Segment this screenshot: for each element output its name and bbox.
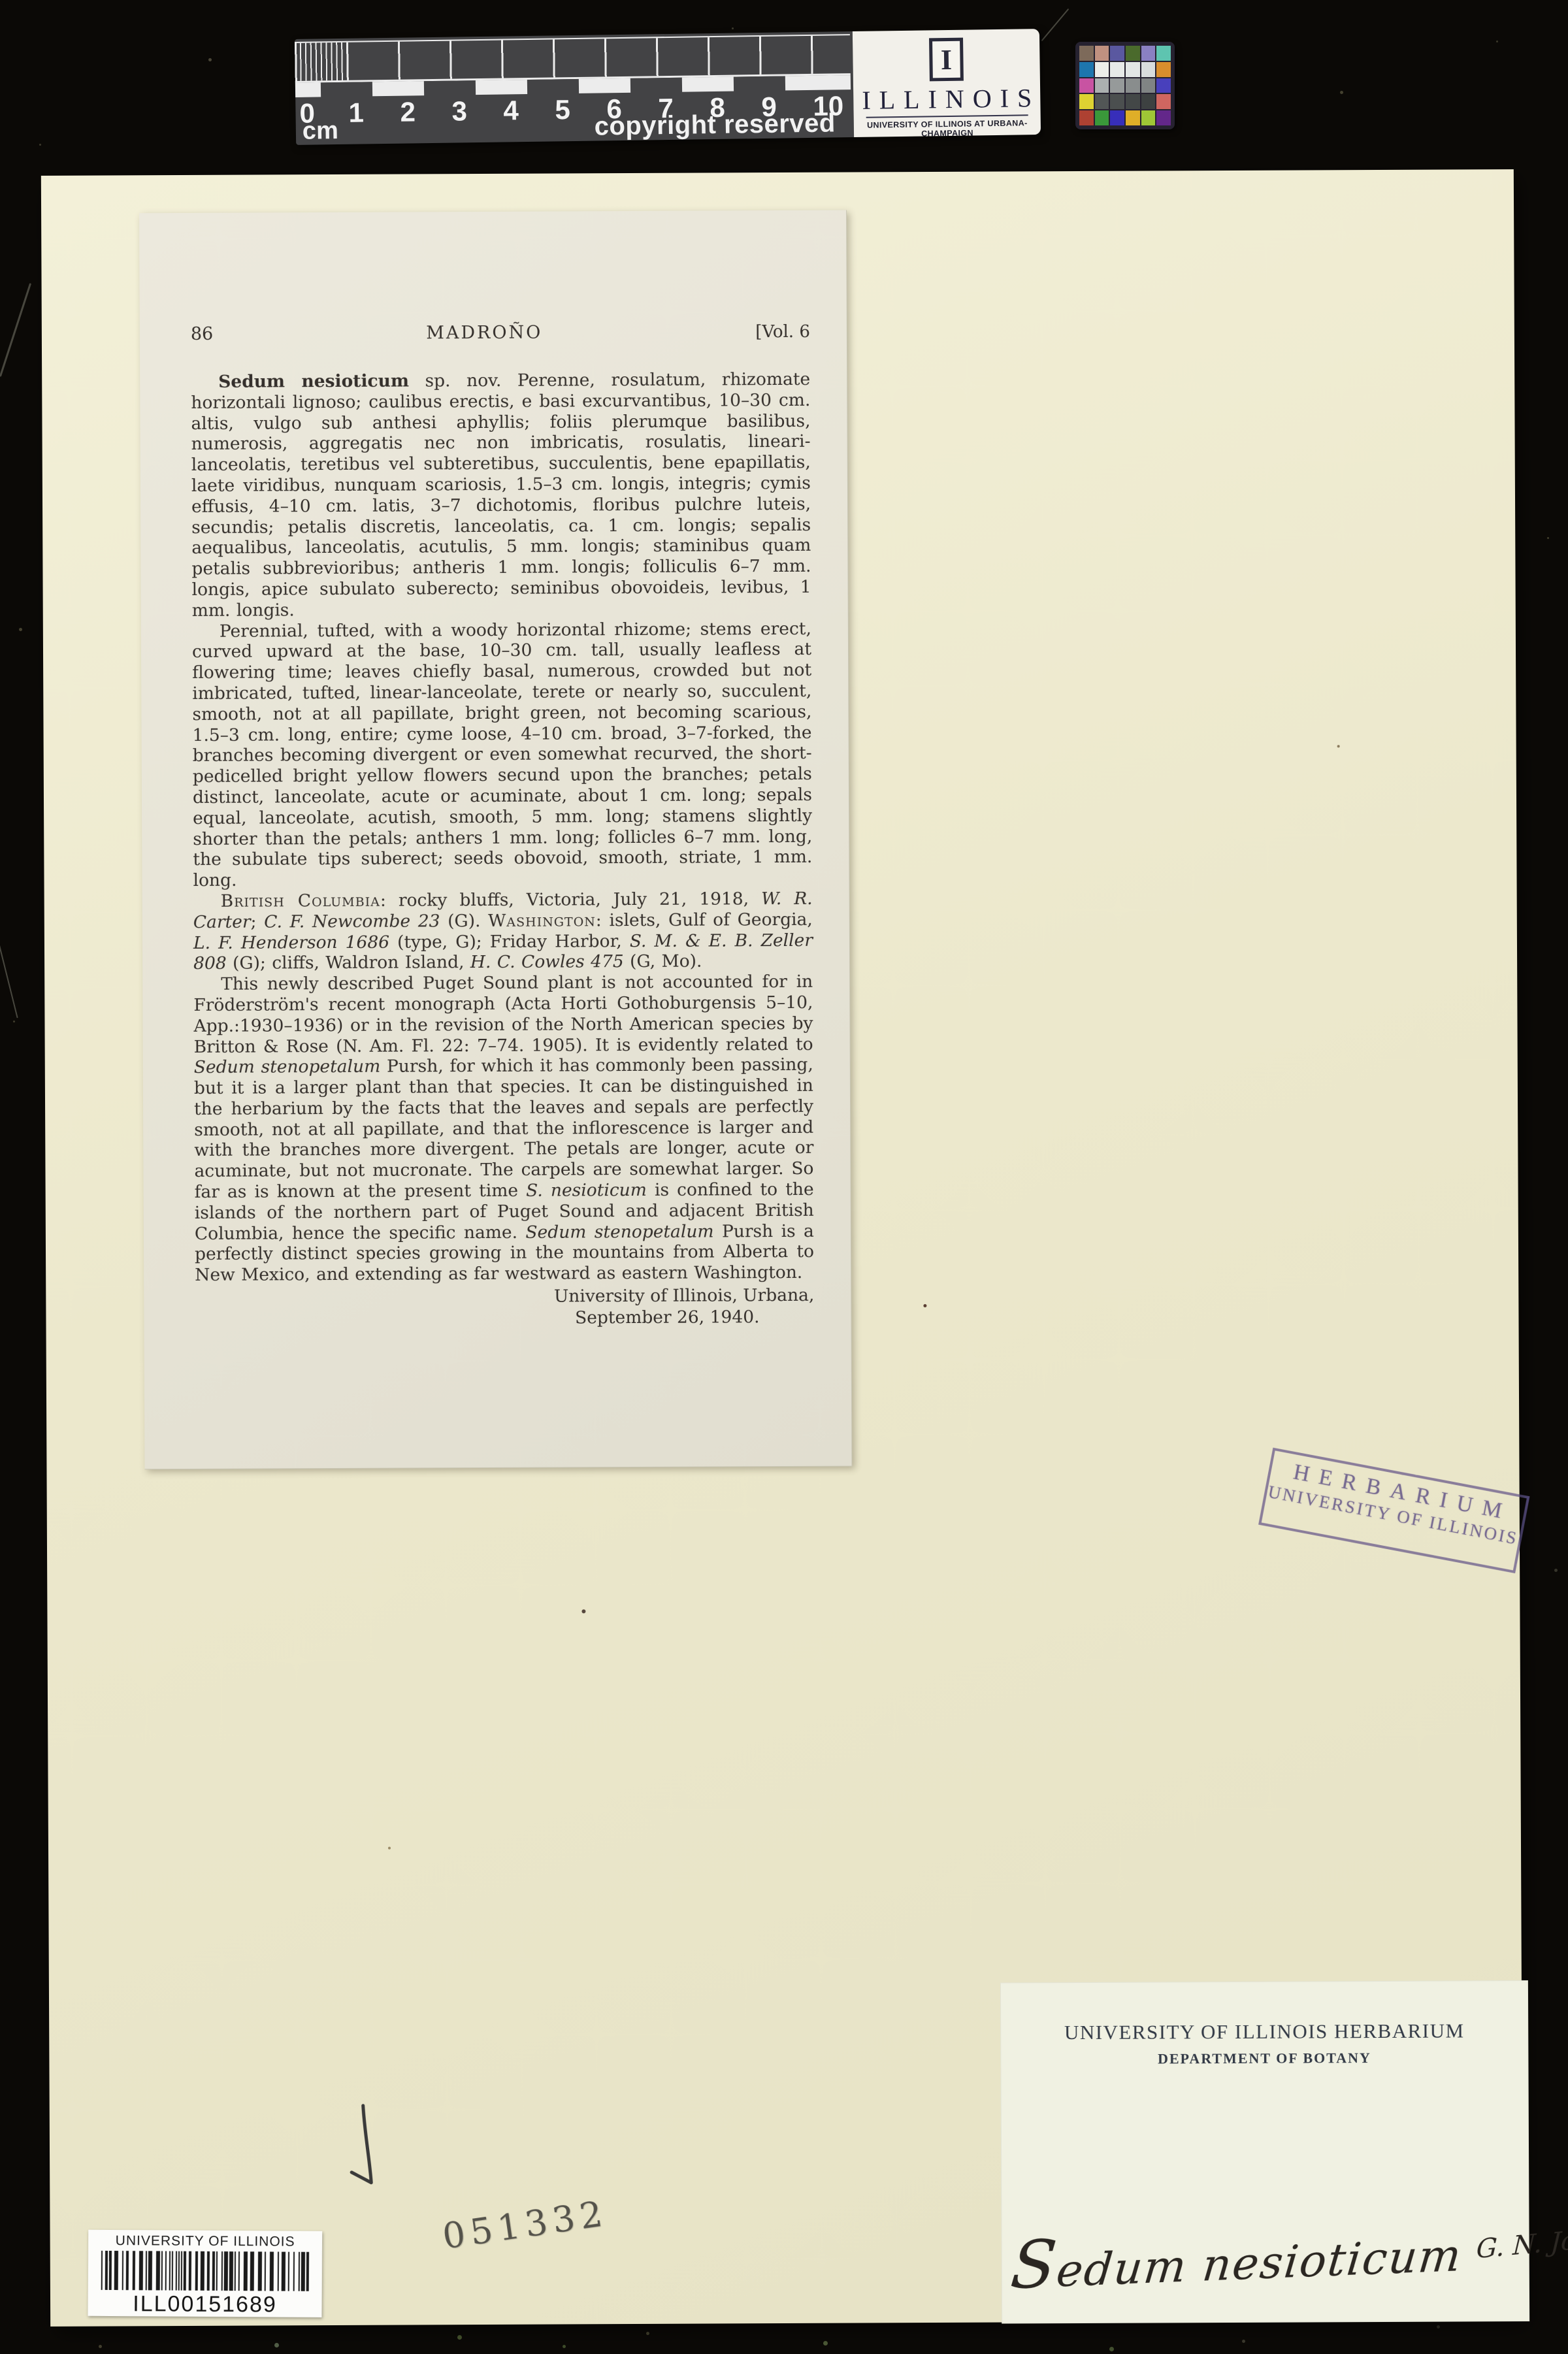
color-swatch (1126, 46, 1140, 61)
color-swatch (1156, 110, 1171, 125)
tick-number: 5 (555, 94, 570, 125)
label-subtitle: DEPARTMENT OF BOTANY (1001, 2049, 1527, 2068)
color-checker (1075, 42, 1175, 129)
color-swatch (1110, 46, 1124, 61)
dust-fiber (0, 283, 31, 377)
dust-fiber (1041, 8, 1070, 41)
block-i-letter: I (941, 42, 953, 76)
article-paragraph: This newly described Puget Sound plant i… (193, 972, 814, 1286)
scale-bar-ruler: 012345678910 cm copyright reserved (295, 31, 854, 145)
article-byline: University of Illinois, Urbana, Septembe… (195, 1284, 814, 1330)
color-swatch (1079, 94, 1094, 109)
color-swatch (1126, 62, 1140, 77)
color-swatch (1095, 110, 1109, 125)
logo-subtext: UNIVERSITY OF ILLINOIS AT URBANA-CHAMPAI… (854, 118, 1041, 139)
article-paragraph: Perennial, tufted, with a woody horizont… (192, 618, 813, 891)
copyright-label: copyright reserved (594, 108, 836, 141)
color-swatch (1141, 78, 1156, 93)
article-header: 86 MADROÑO [Vol. 6 (191, 321, 810, 344)
paper-speck (581, 1609, 585, 1613)
tick-number: 3 (451, 95, 467, 127)
journal-clipping: 86 MADROÑO [Vol. 6 Sedum nesioticum sp. … (139, 210, 852, 1470)
cm-label: cm (302, 117, 339, 146)
color-swatch (1156, 46, 1171, 61)
color-swatch (1110, 110, 1124, 125)
color-swatch (1079, 110, 1094, 125)
background-debris (0, 0, 2, 2)
color-swatch (1126, 110, 1140, 125)
color-swatch (1110, 78, 1124, 93)
color-swatch (1095, 94, 1109, 109)
color-swatch (1095, 78, 1109, 93)
article-paragraphs: Sedum nesioticum sp. nov. Perenne, rosul… (191, 369, 814, 1286)
color-swatch (1095, 62, 1109, 77)
byline-institution: University of Illinois, Urbana, (195, 1284, 814, 1309)
journal-title: MADROÑO (426, 323, 542, 344)
herbarium-stamp: HERBARIUM UNIVERSITY OF ILLINOIS (1258, 1448, 1529, 1574)
volume-label: [Vol. 6 (755, 322, 810, 342)
barcode-number: ILL00151689 (88, 2291, 321, 2318)
article-paragraph: British Columbia: rocky bluffs, Victoria… (193, 889, 813, 974)
color-swatch (1126, 78, 1140, 93)
color-swatch (1156, 94, 1171, 109)
dust-fiber (0, 936, 18, 1019)
color-swatch (1079, 78, 1094, 93)
color-swatch (1141, 62, 1156, 77)
scale-bar: 012345678910 cm copyright reserved I ILL… (295, 29, 1041, 145)
ruler-mm-ticks (295, 42, 347, 81)
barcode (97, 2251, 313, 2291)
color-swatch (1110, 94, 1124, 109)
paper-speck (923, 1304, 926, 1307)
color-swatch (1156, 62, 1171, 77)
color-checker-grid (1079, 46, 1171, 125)
tick-number: 1 (348, 97, 364, 129)
herbarium-sheet: 86 MADROÑO [Vol. 6 Sedum nesioticum sp. … (41, 169, 1523, 2327)
color-swatch (1141, 94, 1156, 109)
color-swatch (1079, 62, 1094, 77)
ruler-ticks (295, 34, 851, 83)
handwritten-determination: Sedum nesioticum G. N. Jones (1010, 2208, 1522, 2304)
block-i-logo-icon: I (929, 38, 964, 82)
color-swatch (1156, 78, 1171, 93)
article-paragraph: Sedum nesioticum sp. nov. Perenne, rosul… (191, 369, 811, 621)
barcode-top-text: UNIVERSITY OF ILLINOIS (88, 2233, 322, 2250)
specimen-label: UNIVERSITY OF ILLINOIS HERBARIUM DEPARTM… (1000, 1980, 1529, 2324)
color-swatch (1110, 62, 1124, 77)
illinois-wordmark: ILLINOIS (853, 82, 1041, 116)
color-swatch (1141, 110, 1156, 125)
color-swatch (1126, 94, 1140, 109)
paper-speck (1337, 745, 1340, 747)
paper-speck (388, 1847, 391, 1850)
barcode-sticker: UNIVERSITY OF ILLINOIS ILL00151689 (88, 2230, 322, 2317)
tick-number: 4 (503, 95, 519, 126)
article-page-number: 86 (191, 324, 213, 344)
byline-date: September 26, 1940. (195, 1306, 814, 1330)
label-title: UNIVERSITY OF ILLINOIS HERBARIUM (1001, 2019, 1527, 2045)
tick-number: 2 (400, 96, 416, 127)
color-swatch (1141, 46, 1156, 61)
color-swatch (1095, 46, 1109, 61)
illinois-logo-panel: I ILLINOIS UNIVERSITY OF ILLINOIS AT URB… (853, 29, 1041, 137)
handwritten-species-name: Sedum nesioticum (1007, 2210, 1467, 2304)
checkmark-annotation (337, 2099, 390, 2197)
color-swatch (1079, 46, 1094, 61)
accession-number-stamp: 051332 (440, 2193, 610, 2257)
handwritten-author: G. N. Jones (1476, 2221, 1568, 2264)
